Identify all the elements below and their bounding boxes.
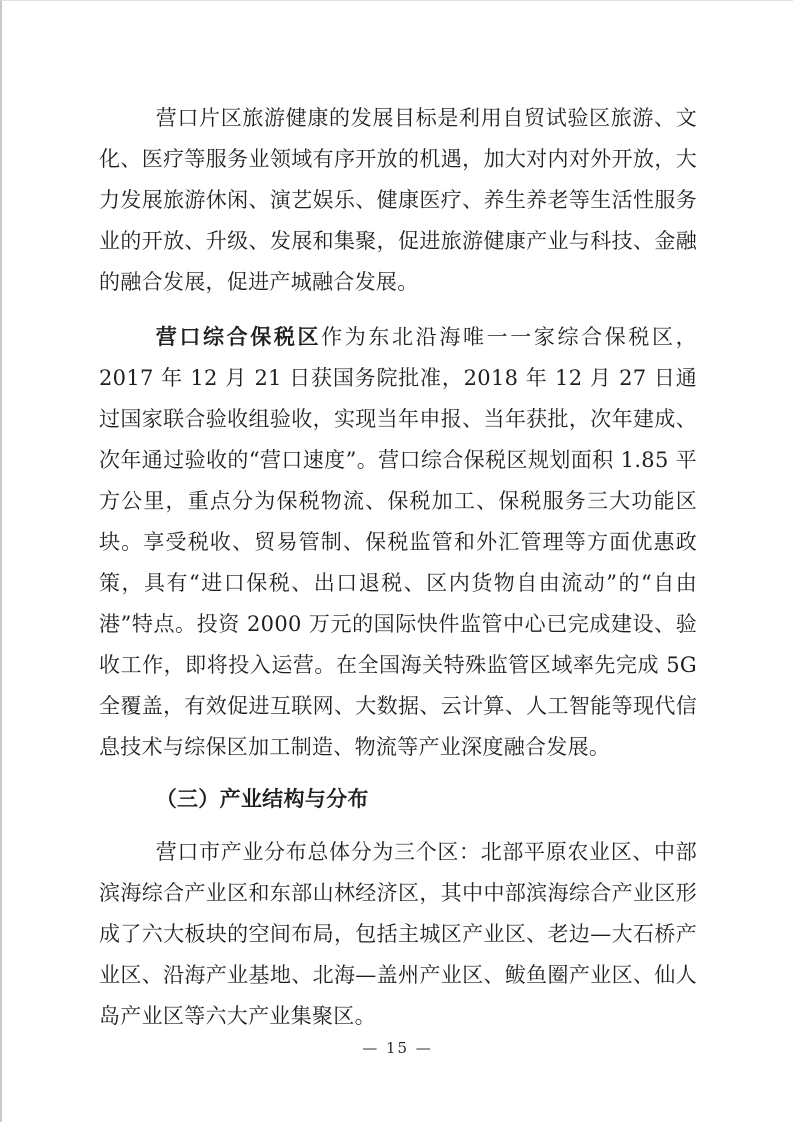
bonded-zone-bold-lead: 营口综合保税区 <box>156 324 321 349</box>
section-heading-industry-structure: （三）产业结构与分布 <box>99 778 697 819</box>
paragraph-tourism-health: 营口片区旅游健康的发展目标是利用自贸试验区旅游、文化、医疗等服务业领域有序开放的… <box>99 98 697 303</box>
page-number: — 15 — <box>2 1039 793 1057</box>
paragraph-industry-distribution: 营口市产业分布总体分为三个区：北部平原农业区、中部滨海综合产业区和东部山林经济区… <box>99 832 697 1037</box>
bonded-zone-text: 作为东北沿海唯一一家综合保税区， 2017 年 12 月 21 日获国务院批准，… <box>99 325 697 759</box>
paragraph-bonded-zone: 营口综合保税区作为东北沿海唯一一家综合保税区， 2017 年 12 月 21 日… <box>99 316 697 768</box>
document-page: 营口片区旅游健康的发展目标是利用自贸试验区旅游、文化、医疗等服务业领域有序开放的… <box>0 0 793 1122</box>
